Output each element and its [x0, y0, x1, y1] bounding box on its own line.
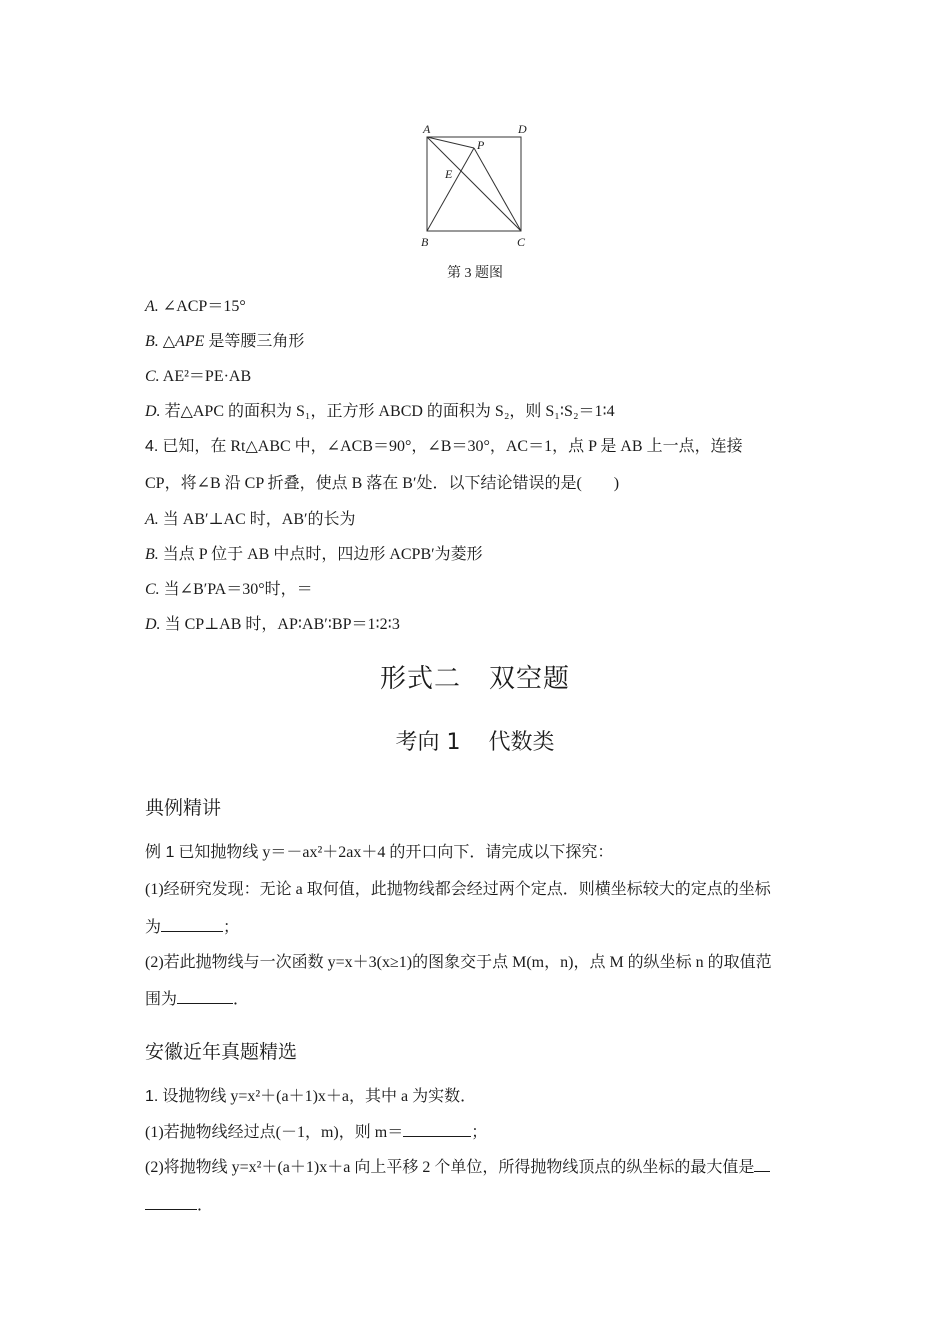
line-prefix: 围为 — [145, 991, 177, 1008]
example-part1-line2: 为； — [145, 917, 239, 938]
example-stem: 例 1 已知抛物线 y＝－ax²＋2ax＋4 的开口向下．请完成以下探究： — [145, 843, 613, 863]
option-text: 是等腰三角形 — [204, 333, 304, 350]
q3-option-c: C. AE²＝PE·AB — [145, 367, 251, 387]
real-exam-q1-stem: 1. 设抛物线 y=x²＋(a＋1)x＋a，其中 a 为实数． — [145, 1087, 476, 1107]
option-prefix: D. — [145, 403, 161, 420]
line-prefix: (1)若抛物线经过点(－1，m)，则 m＝ — [145, 1124, 403, 1141]
point-label-e: E — [444, 167, 453, 181]
document-page: A D P E B C 第 3 题图 A. ∠ACP＝15° B. △APE 是… — [0, 0, 950, 1344]
q4-option-a: A. 当 AB′⊥AC 时，AB′的长为 — [145, 510, 356, 530]
line-prefix: 为 — [145, 919, 161, 936]
example-part1-line1: (1)经研究发现：无论 a 取何值，此抛物线都会经过两个定点．则横坐标较大的定点… — [145, 880, 771, 900]
option-prefix: C. — [145, 581, 160, 598]
real-exam-heading: 安徽近年真题精选 — [145, 1037, 297, 1064]
question-text: 已知，在 Rt△ABC 中，∠ACB＝90°，∠B＝30°，AC＝1，点 P 是… — [162, 438, 742, 455]
section-title-part2: 双空题 — [489, 664, 570, 694]
geometry-figure: A D P E B C — [410, 115, 540, 250]
answer-blank[interactable] — [754, 1157, 770, 1172]
option-prefix: B. — [145, 546, 159, 563]
answer-blank-continued[interactable] — [145, 1195, 197, 1210]
q4-stem-line2: CP，将∠B 沿 CP 折叠，使点 B 落在 B′处．以下结论错误的是( ) — [145, 474, 619, 494]
point-label-p: P — [476, 138, 485, 152]
section-subtitle: 考向 1代数类 — [0, 725, 950, 756]
line-suffix: ； — [223, 919, 239, 936]
option-text: 当 CP⊥AB 时，AP∶AB′∶BP＝1∶2∶3 — [165, 616, 400, 633]
option-text: 当点 P 位于 AB 中点时，四边形 ACPB′为菱形 — [163, 546, 483, 563]
option-math: △APE — [163, 333, 205, 350]
example-heading: 典例精讲 — [145, 793, 221, 820]
point-label-a: A — [422, 122, 431, 136]
question-number: 4. — [145, 438, 158, 455]
figure-caption: 第 3 题图 — [0, 262, 950, 282]
q3-option-d: D. 若△APC 的面积为 S₁，正方形 ABCD 的面积为 S₂，则 S₁∶S… — [145, 402, 615, 422]
answer-blank[interactable] — [161, 917, 223, 932]
line-suffix: ； — [471, 1124, 487, 1141]
example-part2-line1: (2)若此抛物线与一次函数 y=x＋3(x≥1)的图象交于点 M(m，n)，点 … — [145, 953, 772, 973]
section-title-part1: 形式二 — [380, 664, 461, 694]
line-suffix: ． — [233, 991, 249, 1008]
option-text: 当∠B′PA＝30°时，＝ — [164, 581, 313, 598]
answer-blank[interactable] — [177, 989, 233, 1004]
q3-option-b: B. △APE 是等腰三角形 — [145, 332, 304, 352]
option-prefix: D. — [145, 616, 161, 633]
example-label: 例 1 — [145, 844, 174, 861]
example-part2-line2: 围为． — [145, 989, 249, 1010]
real-exam-q1-part2-line1: (2)将抛物线 y=x²＋(a＋1)x＋a 向上平移 2 个单位，所得抛物线顶点… — [145, 1157, 770, 1178]
option-prefix: A. — [145, 298, 159, 315]
option-prefix: A. — [145, 511, 159, 528]
q4-option-b: B. 当点 P 位于 AB 中点时，四边形 ACPB′为菱形 — [145, 545, 483, 565]
option-text: ∠ACP＝15° — [163, 298, 246, 315]
real-exam-q1-part2-line2: ． — [145, 1195, 213, 1216]
example-text: 已知抛物线 y＝－ax²＋2ax＋4 的开口向下．请完成以下探究： — [178, 844, 613, 861]
square-abcd-diagram: A D P E B C — [410, 115, 540, 250]
point-label-d: D — [517, 122, 527, 136]
answer-blank[interactable] — [403, 1122, 471, 1137]
line-suffix: ． — [197, 1197, 213, 1214]
question-text: (2)将抛物线 y=x²＋(a＋1)x＋a 向上平移 2 个单位，所得抛物线顶点… — [145, 1159, 754, 1176]
section-title: 形式二双空题 — [0, 658, 950, 695]
q4-option-d: D. 当 CP⊥AB 时，AP∶AB′∶BP＝1∶2∶3 — [145, 615, 400, 635]
real-exam-q1-part1: (1)若抛物线经过点(－1，m)，则 m＝； — [145, 1122, 487, 1143]
section-subtitle-part2: 代数类 — [488, 730, 554, 755]
question-number: 1. — [145, 1088, 158, 1105]
q3-option-a: A. ∠ACP＝15° — [145, 297, 246, 317]
option-text: 当 AB′⊥AC 时，AB′的长为 — [163, 511, 356, 528]
section-subtitle-part1: 考向 1 — [395, 730, 460, 755]
option-prefix: C. — [145, 368, 160, 385]
question-text: 设抛物线 y=x²＋(a＋1)x＋a，其中 a 为实数． — [162, 1088, 476, 1105]
option-text: AE²＝PE·AB — [163, 368, 251, 385]
option-prefix: B. — [145, 333, 159, 350]
point-label-c: C — [517, 235, 526, 249]
point-label-b: B — [421, 235, 429, 249]
q4-stem-line1: 4. 已知，在 Rt△ABC 中，∠ACB＝90°，∠B＝30°，AC＝1，点 … — [145, 437, 743, 457]
option-text: 若△APC 的面积为 S₁，正方形 ABCD 的面积为 S₂，则 S₁∶S₂＝1… — [165, 403, 615, 420]
q4-option-c: C. 当∠B′PA＝30°时，＝ — [145, 580, 313, 600]
